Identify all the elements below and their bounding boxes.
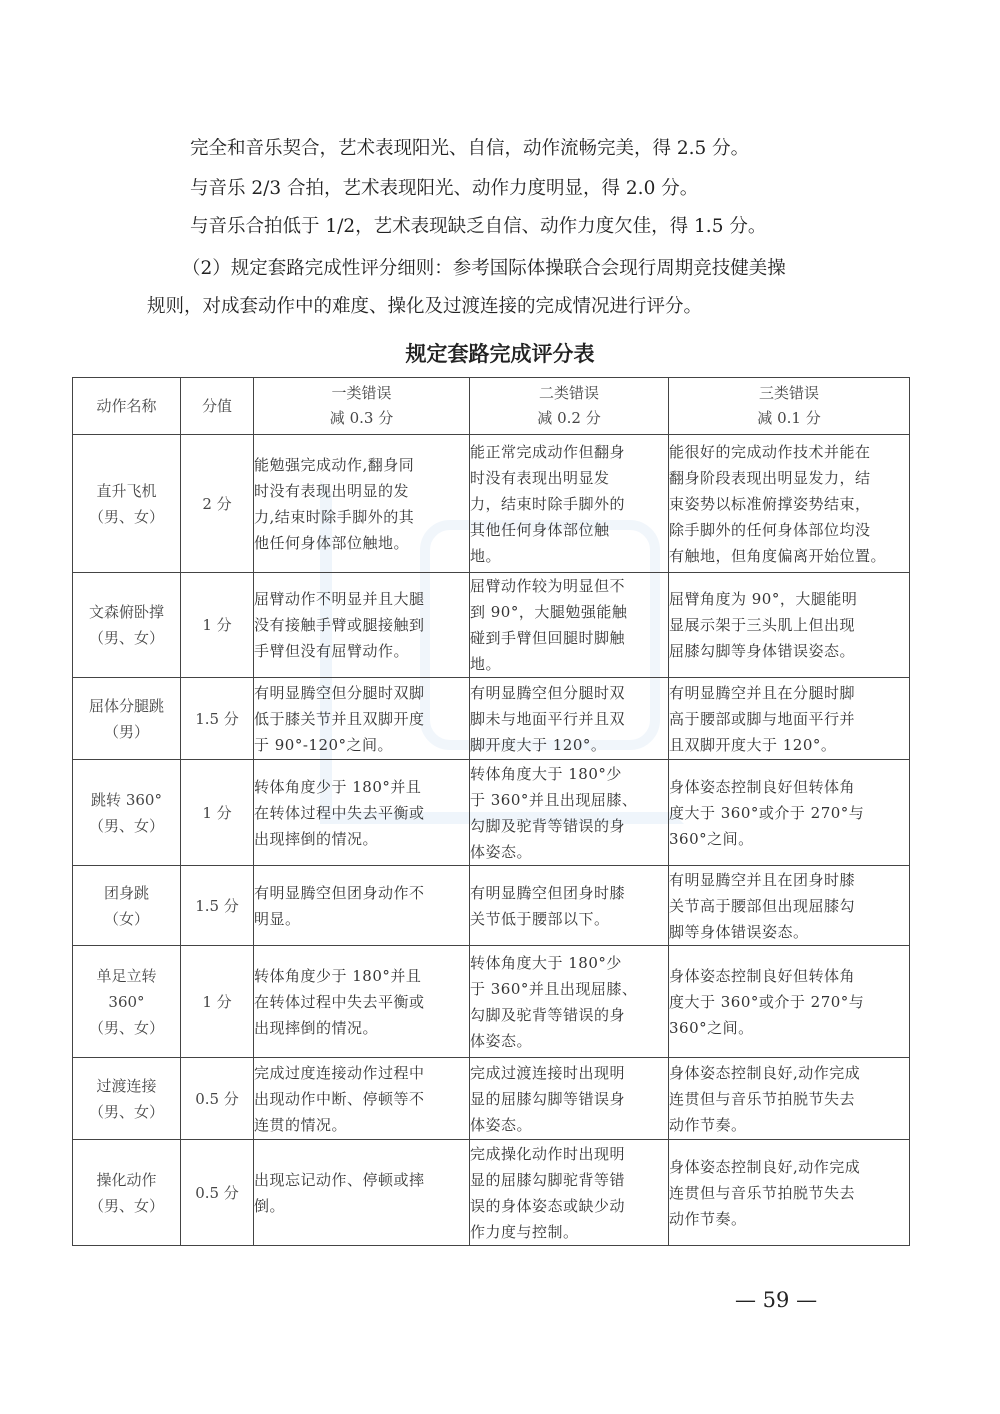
text-line: 身体姿态控制良好,动作完成 — [669, 1060, 909, 1086]
text-line: 体姿态。 — [470, 1028, 668, 1054]
text-line: 勾脚及驼背等错误的身 — [470, 813, 668, 839]
page-number: — 59 — — [735, 1288, 817, 1312]
text-line: 出现摔倒的情况。 — [254, 826, 469, 852]
text-line: 脚开度大于 120°。 — [470, 732, 668, 758]
text-line: 力,结束时除手脚外的其 — [254, 504, 469, 530]
text-line: 转体角度少于 180°并且 — [254, 963, 469, 989]
table-row: 文森俯卧撑 （男、女） 1 分 屈臂动作不明显并且大腿 没有接触手臂或腿接触到 … — [73, 573, 910, 678]
text-line: 转体角度少于 180°并且 — [254, 774, 469, 800]
text-line: 有明显腾空但分腿时双 — [470, 680, 668, 706]
action-gender: （男、女） — [73, 625, 180, 651]
text-line: 有触地，但角度偏离开始位置。 — [669, 543, 909, 569]
text-line: 能正常完成动作但翻身 — [470, 439, 668, 465]
text-line: 力，结束时除手脚外的 — [470, 491, 668, 517]
text-line: 出现摔倒的情况。 — [254, 1015, 469, 1041]
text-line: 明显。 — [254, 906, 469, 932]
text-line: 于 360°并且出现屈膝、 — [470, 787, 668, 813]
table-row: 屈体分腿跳 （男） 1.5 分 有明显腾空但分腿时双脚 低于膝关节并且双脚开度 … — [73, 678, 910, 760]
category-1-cell: 屈臂动作不明显并且大腿 没有接触手臂或腿接触到 手臂但没有屈臂动作。 — [254, 573, 470, 678]
text-line: 转体角度大于 180°少 — [470, 761, 668, 787]
header-category-2-deduction: 减 0.2 分 — [470, 406, 668, 431]
text-line: 身体姿态控制良好但转体角 — [669, 774, 909, 800]
text-line: 360°之间。 — [669, 1015, 909, 1041]
category-2-cell: 转体角度大于 180°少 于 360°并且出现屈膝、 勾脚及驼背等错误的身 体姿… — [470, 946, 669, 1058]
text-line: 完成操化动作时出现明 — [470, 1141, 668, 1167]
text-line: 没有接触手臂或腿接触到 — [254, 612, 469, 638]
action-gender: （男） — [73, 719, 180, 745]
action-gender: （男、女） — [73, 1099, 180, 1125]
score-value: 0.5 分 — [181, 1058, 254, 1140]
text-line: 脚等身体错误姿态。 — [669, 919, 909, 945]
text-line: 连贯但与音乐节拍脱节失去 — [669, 1086, 909, 1112]
text-line: 出现忘记动作、停顿或摔 — [254, 1167, 469, 1193]
table-row: 直升飞机 （男、女） 2 分 能勉强完成动作,翻身同 时没有表现出明显的发 力,… — [73, 435, 910, 573]
text-line: 且双脚开度大于 120°。 — [669, 732, 909, 758]
action-name-cell: 单足立转 360° （男、女） — [73, 946, 181, 1058]
category-3-cell: 身体姿态控制良好,动作完成 连贯但与音乐节拍脱节失去 动作节奏。 — [669, 1058, 910, 1140]
text-line: 在转体过程中失去平衡或 — [254, 989, 469, 1015]
category-1-cell: 有明显腾空但分腿时双脚 低于膝关节并且双脚开度 于 90°-120°之间。 — [254, 678, 470, 760]
text-line: 碰到手臂但回腿时脚触 — [470, 625, 668, 651]
text-line: 倒。 — [254, 1193, 469, 1219]
header-category-1: 一类错误 减 0.3 分 — [254, 378, 470, 435]
text-line: 束姿势以标准俯撑姿势结束， — [669, 491, 909, 517]
action-name: 团身跳 — [73, 880, 180, 906]
text-line: 完成过渡连接时出现明 — [470, 1060, 668, 1086]
text-line: 误的身体姿态或缺少动 — [470, 1193, 668, 1219]
action-name: 屈体分腿跳 — [73, 693, 180, 719]
scoring-table: 动作名称 分值 一类错误 减 0.3 分 二类错误 减 0.2 分 三类错误 减… — [72, 377, 910, 1246]
category-2-cell: 完成过渡连接时出现明 显的屈膝勾脚等错误身 体姿态。 — [470, 1058, 669, 1140]
table-row: 跳转 360° （男、女） 1 分 转体角度少于 180°并且 在转体过程中失去… — [73, 760, 910, 866]
text-line: 360°之间。 — [669, 826, 909, 852]
text-line: 显的屈膝勾脚等错误身 — [470, 1086, 668, 1112]
text-line: 体姿态。 — [470, 1112, 668, 1138]
text-line: 脚未与地面平行并且双 — [470, 706, 668, 732]
text-line: 关节低于腰部以下。 — [470, 906, 668, 932]
score-value: 1.5 分 — [181, 866, 254, 946]
paragraph-section-2-line1: （2）规定套路完成性评分细则：参考国际体操联合会现行周期竞技健美操 — [182, 256, 786, 282]
category-2-cell: 有明显腾空但分腿时双 脚未与地面平行并且双 脚开度大于 120°。 — [470, 678, 669, 760]
text-line: 能勉强完成动作,翻身同 — [254, 452, 469, 478]
category-2-cell: 有明显腾空但团身时膝 关节低于腰部以下。 — [470, 866, 669, 946]
score-value: 1 分 — [181, 573, 254, 678]
header-action-name: 动作名称 — [73, 378, 181, 435]
text-line: 时没有表现出明显发 — [470, 465, 668, 491]
score-value: 0.5 分 — [181, 1140, 254, 1246]
header-category-1-deduction: 减 0.3 分 — [254, 406, 469, 431]
text-line: 体姿态。 — [470, 839, 668, 865]
header-score-value: 分值 — [181, 378, 254, 435]
score-value: 1 分 — [181, 760, 254, 866]
action-name: 过渡连接 — [73, 1073, 180, 1099]
text-line: 除手脚外的任何身体部位均没 — [669, 517, 909, 543]
category-2-cell: 屈臂动作较为明显但不 到 90°，大腿勉强能触 碰到手臂但回腿时脚触 地。 — [470, 573, 669, 678]
text-line: 有明显腾空并且在团身时膝 — [669, 867, 909, 893]
action-gender: （男、女） — [73, 813, 180, 839]
action-name-cell: 文森俯卧撑 （男、女） — [73, 573, 181, 678]
score-value: 1 分 — [181, 946, 254, 1058]
action-gender: （女） — [73, 906, 180, 932]
category-2-cell: 转体角度大于 180°少 于 360°并且出现屈膝、 勾脚及驼背等错误的身 体姿… — [470, 760, 669, 866]
text-line: 于 90°-120°之间。 — [254, 732, 469, 758]
table-row: 操化动作 （男、女） 0.5 分 出现忘记动作、停顿或摔 倒。 完成操化动作时出… — [73, 1140, 910, 1246]
text-line: 显展示架于三头肌上但出现 — [669, 612, 909, 638]
action-name-cell: 跳转 360° （男、女） — [73, 760, 181, 866]
score-value: 2 分 — [181, 435, 254, 573]
category-3-cell: 身体姿态控制良好但转体角 度大于 360°或介于 270°与 360°之间。 — [669, 760, 910, 866]
action-name-detail: 360° — [73, 989, 180, 1015]
category-1-cell: 转体角度少于 180°并且 在转体过程中失去平衡或 出现摔倒的情况。 — [254, 946, 470, 1058]
text-line: 作力度与控制。 — [470, 1219, 668, 1245]
text-line: 转体角度大于 180°少 — [470, 950, 668, 976]
paragraph-score-2-0: 与音乐 2/3 合拍，艺术表现阳光、动作力度明显，得 2.0 分。 — [190, 176, 698, 202]
category-3-cell: 有明显腾空并且在团身时膝 关节高于腰部但出现屈膝勾 脚等身体错误姿态。 — [669, 866, 910, 946]
text-line: 有明显腾空但分腿时双脚 — [254, 680, 469, 706]
category-3-cell: 屈臂角度为 90°，大腿能明 显展示架于三头肌上但出现 屈膝勾脚等身体错误姿态。 — [669, 573, 910, 678]
header-category-3: 三类错误 减 0.1 分 — [669, 378, 910, 435]
text-line: 有明显腾空但团身动作不 — [254, 880, 469, 906]
score-value: 1.5 分 — [181, 678, 254, 760]
category-1-cell: 能勉强完成动作,翻身同 时没有表现出明显的发 力,结束时除手脚外的其 他任何身体… — [254, 435, 470, 573]
paragraph-section-2-line2: 规则，对成套动作中的难度、操化及过渡连接的完成情况进行评分。 — [147, 294, 702, 320]
category-3-cell: 身体姿态控制良好,动作完成 连贯但与音乐节拍脱节失去 动作节奏。 — [669, 1140, 910, 1246]
text-line: 连贯的情况。 — [254, 1112, 469, 1138]
action-name-cell: 过渡连接 （男、女） — [73, 1058, 181, 1140]
text-line: 屈臂动作较为明显但不 — [470, 573, 668, 599]
text-line: 低于膝关节并且双脚开度 — [254, 706, 469, 732]
action-name: 操化动作 — [73, 1167, 180, 1193]
text-line: 关节高于腰部但出现屈膝勾 — [669, 893, 909, 919]
category-1-cell: 出现忘记动作、停顿或摔 倒。 — [254, 1140, 470, 1246]
text-line: 显的屈膝勾脚驼背等错 — [470, 1167, 668, 1193]
paragraph-score-2-5: 完全和音乐契合，艺术表现阳光、自信，动作流畅完美，得 2.5 分。 — [190, 136, 749, 162]
category-1-cell: 有明显腾空但团身动作不 明显。 — [254, 866, 470, 946]
text-line: 手臂但没有屈臂动作。 — [254, 638, 469, 664]
action-name-cell: 团身跳 （女） — [73, 866, 181, 946]
action-gender: （男、女） — [73, 504, 180, 530]
header-category-2-label: 二类错误 — [470, 381, 668, 406]
action-gender: （男、女） — [73, 1193, 180, 1219]
header-category-2: 二类错误 减 0.2 分 — [470, 378, 669, 435]
category-2-cell: 完成操化动作时出现明 显的屈膝勾脚驼背等错 误的身体姿态或缺少动 作力度与控制。 — [470, 1140, 669, 1246]
text-line: 地。 — [470, 651, 668, 677]
table-title: 规定套路完成评分表 — [0, 338, 1000, 368]
header-category-3-deduction: 减 0.1 分 — [669, 406, 909, 431]
action-name-cell: 直升飞机 （男、女） — [73, 435, 181, 573]
text-line: 度大于 360°或介于 270°与 — [669, 989, 909, 1015]
text-line: 身体姿态控制良好但转体角 — [669, 963, 909, 989]
table-row: 团身跳 （女） 1.5 分 有明显腾空但团身动作不 明显。 有明显腾空但团身时膝… — [73, 866, 910, 946]
text-line: 屈膝勾脚等身体错误姿态。 — [669, 638, 909, 664]
text-line: 时没有表现出明显的发 — [254, 478, 469, 504]
category-3-cell: 有明显腾空并且在分腿时脚 高于腰部或脚与地面平行并 且双脚开度大于 120°。 — [669, 678, 910, 760]
text-line: 他任何身体部位触地。 — [254, 530, 469, 556]
text-line: 屈臂角度为 90°，大腿能明 — [669, 586, 909, 612]
action-gender: （男、女） — [73, 1015, 180, 1041]
table-row: 单足立转 360° （男、女） 1 分 转体角度少于 180°并且 在转体过程中… — [73, 946, 910, 1058]
action-name-cell: 屈体分腿跳 （男） — [73, 678, 181, 760]
text-line: 有明显腾空并且在分腿时脚 — [669, 680, 909, 706]
action-name: 文森俯卧撑 — [73, 599, 180, 625]
table-row: 过渡连接 （男、女） 0.5 分 完成过度连接动作过程中 出现动作中断、停顿等不… — [73, 1058, 910, 1140]
text-line: 有明显腾空但团身时膝 — [470, 880, 668, 906]
category-3-cell: 身体姿态控制良好但转体角 度大于 360°或介于 270°与 360°之间。 — [669, 946, 910, 1058]
text-line: 在转体过程中失去平衡或 — [254, 800, 469, 826]
text-line: 其他任何身体部位触 — [470, 517, 668, 543]
text-line: 动作节奏。 — [669, 1206, 909, 1232]
category-3-cell: 能很好的完成动作技术并能在 翻身阶段表现出明显发力，结 束姿势以标准俯撑姿势结束… — [669, 435, 910, 573]
action-name: 跳转 360° — [73, 787, 180, 813]
action-name: 单足立转 — [73, 963, 180, 989]
text-line: 动作节奏。 — [669, 1112, 909, 1138]
text-line: 完成过度连接动作过程中 — [254, 1060, 469, 1086]
text-line: 身体姿态控制良好,动作完成 — [669, 1154, 909, 1180]
category-2-cell: 能正常完成动作但翻身 时没有表现出明显发 力，结束时除手脚外的 其他任何身体部位… — [470, 435, 669, 573]
table-header-row: 动作名称 分值 一类错误 减 0.3 分 二类错误 减 0.2 分 三类错误 减… — [73, 378, 910, 435]
text-line: 翻身阶段表现出明显发力，结 — [669, 465, 909, 491]
text-line: 度大于 360°或介于 270°与 — [669, 800, 909, 826]
action-name: 直升飞机 — [73, 478, 180, 504]
text-line: 高于腰部或脚与地面平行并 — [669, 706, 909, 732]
header-category-1-label: 一类错误 — [254, 381, 469, 406]
text-line: 于 360°并且出现屈膝、 — [470, 976, 668, 1002]
text-line: 能很好的完成动作技术并能在 — [669, 439, 909, 465]
action-name-cell: 操化动作 （男、女） — [73, 1140, 181, 1246]
text-line: 勾脚及驼背等错误的身 — [470, 1002, 668, 1028]
text-line: 到 90°，大腿勉强能触 — [470, 599, 668, 625]
header-category-3-label: 三类错误 — [669, 381, 909, 406]
category-1-cell: 完成过度连接动作过程中 出现动作中断、停顿等不 连贯的情况。 — [254, 1058, 470, 1140]
category-1-cell: 转体角度少于 180°并且 在转体过程中失去平衡或 出现摔倒的情况。 — [254, 760, 470, 866]
text-line: 地。 — [470, 543, 668, 569]
paragraph-score-1-5: 与音乐合拍低于 1/2，艺术表现缺乏自信、动作力度欠佳，得 1.5 分。 — [190, 214, 766, 240]
text-line: 出现动作中断、停顿等不 — [254, 1086, 469, 1112]
text-line: 连贯但与音乐节拍脱节失去 — [669, 1180, 909, 1206]
text-line: 屈臂动作不明显并且大腿 — [254, 586, 469, 612]
